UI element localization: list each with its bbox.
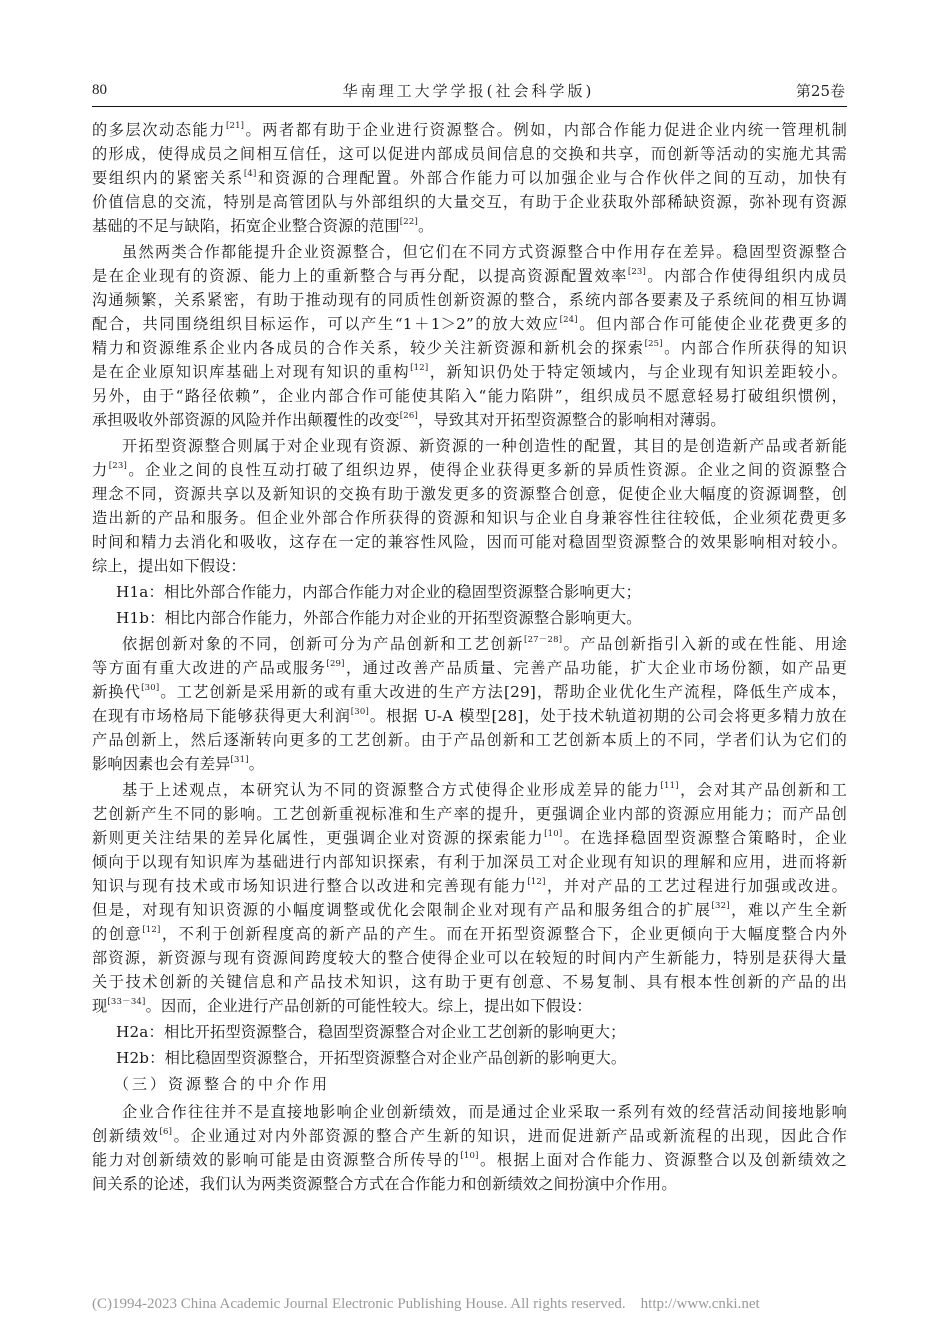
line-text: 另外，由于“路径依赖”，企业内部合作可能使其陷入“能力陷阱”，组织成员不愿意轻易…	[92, 387, 847, 405]
line-text: 价值信息的交流，特别是高管团队与外部组织的大量交互，有助于企业获取外部稀缺资源，…	[92, 193, 847, 211]
cnki-link[interactable]: http://www.cnki.net	[641, 1296, 760, 1312]
line-text: 现	[92, 997, 107, 1015]
line-text: 创新绩效	[92, 1127, 160, 1145]
copyright-text: (C)1994-2023 China Academic Journal Elec…	[92, 1296, 626, 1312]
line-text-rest: 。产品创新指引入新的或在性能、用途	[562, 635, 847, 653]
citation-ref: [30]	[141, 683, 159, 693]
text-line: 承担吸收外部资源的风险并作出颠覆性的改变[26]，导致其对开拓型资源整合的影响相…	[92, 408, 847, 432]
text-line: 企业合作往往并不是直接地影响企业创新绩效，而是通过企业采取一系列有效的经营活动间…	[92, 1100, 847, 1124]
text-line: 产品创新上，然后逐渐转向更多的工艺创新。由于产品创新和工艺创新本质上的不同，学者…	[92, 728, 847, 752]
line-text: 要组织内的紧密关系	[92, 169, 244, 187]
citation-ref: [23]	[109, 461, 127, 471]
text-line: 理念不同，资源共享以及新知识的交换有助于激发更多的资源整合创意，促使企业大幅度的…	[92, 482, 847, 506]
line-text: 间关系的论述，我们认为两类资源整合方式在合作能力和创新绩效之间扮演中介作用。	[92, 1175, 677, 1193]
line-text-rest: ，并对产品的工艺过程进行加强或改进。	[546, 877, 847, 895]
line-text-rest: 。企业之间的良性互动打破了组织边界，使得企业获得更多新的异质性资源。企业之间的资…	[127, 461, 847, 479]
text-line: 知识与现有技术或市场知识进行整合以改进和完善现有能力[12]，并对产品的工艺过程…	[92, 874, 847, 898]
line-text-rest: 和资源的合理配置。外部合作能力可以加强企业与合作伙伴之间的互动，加快有	[256, 169, 847, 187]
line-text: 艺创新产生不同的影响。工艺创新重视标准和生产率的提升，更强调企业内部的资源应用能…	[92, 805, 847, 823]
line-text: 在现有市场格局下能够获得更大利润	[92, 707, 351, 725]
line-text: H2b：相比稳固型资源整合，开拓型资源整合对企业产品创新的影响更大。	[116, 1049, 626, 1067]
text-line: 依据创新对象的不同，创新可分为产品创新和工艺创新[27－28]。产品创新指引入新…	[92, 632, 847, 656]
line-text: H1b：相比内部合作能力，外部合作能力对企业的开拓型资源整合影响更大。	[116, 609, 642, 627]
text-line: 配合，共同围绕组织目标运作，可以产生“1＋1＞2”的放大效应[24]。但内部合作…	[92, 312, 847, 336]
line-text: 开拓型资源整合则属于对企业现有资源、新资源的一种创造性的配置，其目的是创造新产品…	[122, 437, 847, 455]
citation-ref: [12]	[410, 363, 428, 373]
line-text-rest: ，不利于创新程度高的新产品的产生。而在开拓型资源整合下，企业更倾向于大幅度整合内…	[160, 925, 847, 943]
text-line: 时间和精力去消化和吸收，这存在一定的兼容性风险，因而可能对稳固型资源整合的效果影…	[92, 530, 847, 554]
line-text: 倾向于以现有知识库为基础进行内部知识探索，有利于加深员工对企业现有知识的理解和应…	[92, 853, 847, 871]
citation-ref: [12]	[527, 877, 545, 887]
text-line: 要组织内的紧密关系[4]和资源的合理配置。外部合作能力可以加强企业与合作伙伴之间…	[92, 166, 847, 190]
citation-ref: [33－34]	[107, 997, 145, 1007]
line-text: 是在企业现有的资源、能力上的重新整合与再分配，以提高资源配置效率	[92, 267, 628, 285]
line-text: 的创意	[92, 925, 142, 943]
line-text: 能力对创新绩效的影响可能是由资源整合所传导的	[92, 1151, 460, 1169]
line-text: 的多层次动态能力	[92, 121, 226, 139]
line-text: 依据创新对象的不同，创新可分为产品创新和工艺创新	[122, 635, 524, 653]
line-text-rest: 。根据 U-A 模型[28]，处于技术轨道初期的公司会将更多精力放在	[369, 707, 847, 725]
section-heading: （三）资源整合的中介作用	[92, 1072, 847, 1096]
text-line: 新换代[30]。工艺创新是采用新的或有重大改进的生产方法[29]，帮助企业优化生…	[92, 680, 847, 704]
citation-ref: [6]	[160, 1127, 173, 1137]
line-text: 承担吸收外部资源的风险并作出颠覆性的改变	[92, 411, 400, 429]
citation-ref: [4]	[244, 169, 257, 179]
text-line: 的形成，使得成员之间相互信任，这可以促进内部成员间信息的交换和共享，而创新等活动…	[92, 142, 847, 166]
text-line: 力[23]。企业之间的良性互动打破了组织边界，使得企业获得更多新的异质性资源。企…	[92, 458, 847, 482]
line-text: 基于上述观点，本研究认为不同的资源整合方式使得企业形成差异的能力	[122, 781, 660, 799]
journal-title: 华南理工大学学报(社会科学版)	[92, 80, 845, 101]
journal-page: 80 华南理工大学学报(社会科学版) 第25卷 的多层次动态能力[21]。两者都…	[0, 0, 950, 1344]
citation-ref: [31]	[231, 755, 249, 765]
text-line: 新则更关注结果的差异化属性，更强调企业对资源的探索能力[10]。在选择稳固型资源…	[92, 826, 847, 850]
text-line: 另外，由于“路径依赖”，企业内部合作可能使其陷入“能力陷阱”，组织成员不愿意轻易…	[92, 384, 847, 408]
text-line: 间关系的论述，我们认为两类资源整合方式在合作能力和创新绩效之间扮演中介作用。	[92, 1172, 847, 1196]
line-text-rest: 。根据上面对合作能力、资源整合以及创新绩效之	[479, 1151, 847, 1169]
citation-ref: [23]	[628, 267, 646, 277]
line-text-rest: 。因而，企业进行产品创新的可能性较大。综上，提出如下假设：	[146, 997, 592, 1015]
text-line: 价值信息的交流，特别是高管团队与外部组织的大量交互，有助于企业获取外部稀缺资源，…	[92, 190, 847, 214]
line-text-rest: ，新知识仍处于特定领域内，与企业现有知识差距较小。	[428, 363, 847, 381]
line-text-rest: 。	[249, 755, 264, 773]
line-text-rest: ，会对其产品创新和工	[679, 781, 847, 799]
text-line: 但是，对现有知识资源的小幅度调整或优化会限制企业对现有产品和服务组合的扩展[32…	[92, 898, 847, 922]
line-text: 部资源，新资源与现有资源间跨度较大的整合使得企业可以在较短的时间内产生新能力，特…	[92, 949, 847, 967]
text-line: 是在企业现有的资源、能力上的重新整合与再分配，以提高资源配置效率[23]。内部合…	[92, 264, 847, 288]
text-line: 倾向于以现有知识库为基础进行内部知识探索，有利于加深员工对企业现有知识的理解和应…	[92, 850, 847, 874]
citation-ref: [10]	[544, 829, 562, 839]
citation-ref: [21]	[226, 121, 244, 131]
text-line: 现[33－34]。因而，企业进行产品创新的可能性较大。综上，提出如下假设：	[92, 994, 847, 1018]
text-line: 造出新的产品和服务。但企业外部合作所获得的资源和知识与企业自身兼容性往往较低，企…	[92, 506, 847, 530]
text-line: 艺创新产生不同的影响。工艺创新重视标准和生产率的提升，更强调企业内部的资源应用能…	[92, 802, 847, 826]
line-text: 造出新的产品和服务。但企业外部合作所获得的资源和知识与企业自身兼容性往往较低，企…	[92, 509, 847, 527]
line-text: 新换代	[92, 683, 141, 701]
citation-ref: [30]	[351, 707, 369, 717]
line-text: 是在企业原知识库基础上对现有知识的重构	[92, 363, 410, 381]
line-text: 影响因素也会有差异	[92, 755, 231, 773]
line-text: 知识与现有技术或市场知识进行整合以改进和完善现有能力	[92, 877, 527, 895]
hypothesis-line: H1b：相比内部合作能力，外部合作能力对企业的开拓型资源整合影响更大。	[92, 606, 847, 630]
text-line: 等方面有重大改进的产品或服务[29]，通过改善产品质量、完善产品功能，扩大企业市…	[92, 656, 847, 680]
text-line: 在现有市场格局下能够获得更大利润[30]。根据 U-A 模型[28]，处于技术轨…	[92, 704, 847, 728]
line-text: 虽然两类合作都能提升企业资源整合，但它们在不同方式资源整合中作用存在差异。稳固型…	[122, 243, 847, 261]
line-text: 时间和精力去消化和吸收，这存在一定的兼容性风险，因而可能对稳固型资源整合的效果影…	[92, 533, 847, 551]
text-line: 基于上述观点，本研究认为不同的资源整合方式使得企业形成差异的能力[11]，会对其…	[92, 778, 847, 802]
text-line: 的多层次动态能力[21]。两者都有助于企业进行资源整合。例如，内部合作能力促进企…	[92, 118, 847, 142]
line-text: H2a：相比开拓型资源整合，稳固型资源整合对企业工艺创新的影响更大；	[116, 1023, 626, 1041]
line-text: 精力和资源维系企业内各成员的合作关系，较少关注新资源和新机会的探索	[92, 339, 645, 357]
citation-ref: [26]	[400, 411, 418, 421]
line-text: 但是，对现有知识资源的小幅度调整或优化会限制企业对现有产品和服务组合的扩展	[92, 901, 712, 919]
line-text-rest: ，通过改善产品质量、完善产品功能，扩大企业市场份额，如产品更	[345, 659, 847, 677]
citation-ref: [11]	[660, 781, 678, 791]
line-text: （三）资源整合的中介作用	[114, 1075, 330, 1093]
text-line: 沟通频繁，关系紧密，有助于推动现有的同质性创新资源的整合，系统内部各要素及子系统…	[92, 288, 847, 312]
line-text: 关于技术创新的关键信息和产品技术知识，这有助于更有创意、不易复制、具有根本性创新…	[92, 973, 847, 991]
line-text-rest: 。工艺创新是采用新的或有重大改进的生产方法[29]，帮助企业优化生产流程，降低生…	[159, 683, 847, 701]
text-line: 是在企业原知识库基础上对现有知识的重构[12]，新知识仍处于特定领域内，与企业现…	[92, 360, 847, 384]
citation-ref: [25]	[645, 339, 663, 349]
citation-ref: [32]	[712, 901, 730, 911]
line-text: 新则更关注结果的差异化属性，更强调企业对资源的探索能力	[92, 829, 544, 847]
text-line: 部资源，新资源与现有资源间跨度较大的整合使得企业可以在较短的时间内产生新能力，特…	[92, 946, 847, 970]
hypothesis-line: H2a：相比开拓型资源整合，稳固型资源整合对企业工艺创新的影响更大；	[92, 1020, 847, 1044]
running-header: 80 华南理工大学学报(社会科学版) 第25卷	[92, 80, 845, 104]
line-text: 沟通频繁，关系紧密，有助于推动现有的同质性创新资源的整合，系统内部各要素及子系统…	[92, 291, 847, 309]
line-text-rest: 。但内部合作可能使企业花费更多的	[578, 315, 847, 333]
line-text: 理念不同，资源共享以及新知识的交换有助于激发更多的资源整合创意，促使企业大幅度的…	[92, 485, 847, 503]
line-text: 基础的不足与缺陷，拓宽企业整合资源的范围	[92, 217, 400, 235]
line-text-rest: 。	[418, 217, 433, 235]
text-line: 关于技术创新的关键信息和产品技术知识，这有助于更有创意、不易复制、具有根本性创新…	[92, 970, 847, 994]
line-text-rest: ，导致其对开拓型资源整合的影响相对薄弱。	[418, 411, 726, 429]
line-text: 产品创新上，然后逐渐转向更多的工艺创新。由于产品创新和工艺创新本质上的不同，学者…	[92, 731, 847, 749]
line-text: 的形成，使得成员之间相互信任，这可以促进内部成员间信息的交换和共享，而创新等活动…	[92, 145, 847, 163]
text-line: 基础的不足与缺陷，拓宽企业整合资源的范围[22]。	[92, 214, 847, 238]
text-line: 创新绩效[6]。企业通过对内外部资源的整合产生新的知识，进而促进新产品或新流程的…	[92, 1124, 847, 1148]
line-text-rest: 。企业通过对内外部资源的整合产生新的知识，进而促进新产品或新流程的出现，因此合作	[172, 1127, 847, 1145]
line-text-rest: 。内部合作使得组织内成员	[646, 267, 847, 285]
line-text: 配合，共同围绕组织目标运作，可以产生“1＋1＞2”的放大效应	[92, 315, 560, 333]
line-text: 综上，提出如下假设：	[92, 557, 246, 575]
citation-ref: [12]	[142, 925, 160, 935]
citation-ref: [24]	[560, 315, 578, 325]
volume-label: 第25卷	[796, 80, 845, 101]
line-text: 等方面有重大改进的产品或服务	[92, 659, 326, 677]
text-line: 综上，提出如下假设：	[92, 554, 847, 578]
line-text: 企业合作往往并不是直接地影响企业创新绩效，而是通过企业采取一系列有效的经营活动间…	[122, 1103, 847, 1121]
copyright-footer: (C)1994-2023 China Academic Journal Elec…	[92, 1296, 760, 1313]
line-text-rest: 。两者都有助于企业进行资源整合。例如，内部合作能力促进企业内统一管理机制	[244, 121, 847, 139]
line-text-rest: 。内部合作所获得的知识	[663, 339, 847, 357]
citation-ref: [29]	[326, 659, 344, 669]
line-text-rest: 。在选择稳固型资源整合策略时，企业	[562, 829, 847, 847]
text-line: 能力对创新绩效的影响可能是由资源整合所传导的[10]。根据上面对合作能力、资源整…	[92, 1148, 847, 1172]
citation-ref: [27－28]	[524, 635, 562, 645]
text-line: 精力和资源维系企业内各成员的合作关系，较少关注新资源和新机会的探索[25]。内部…	[92, 336, 847, 360]
line-text: H1a：相比外部合作能力，内部合作能力对企业的稳固型资源整合影响更大；	[116, 583, 641, 601]
text-line: 虽然两类合作都能提升企业资源整合，但它们在不同方式资源整合中作用存在差异。稳固型…	[92, 240, 847, 264]
line-text-rest: ，难以产生全新	[730, 901, 847, 919]
citation-ref: [22]	[400, 217, 418, 227]
line-text: 力	[92, 461, 109, 479]
hypothesis-line: H1a：相比外部合作能力，内部合作能力对企业的稳固型资源整合影响更大；	[92, 580, 847, 604]
text-line: 影响因素也会有差异[31]。	[92, 752, 847, 776]
text-line: 的创意[12]，不利于创新程度高的新产品的产生。而在开拓型资源整合下，企业更倾向…	[92, 922, 847, 946]
hypothesis-line: H2b：相比稳固型资源整合，开拓型资源整合对企业产品创新的影响更大。	[92, 1046, 847, 1070]
citation-ref: [10]	[460, 1151, 478, 1161]
header-rule	[92, 106, 847, 107]
text-line: 开拓型资源整合则属于对企业现有资源、新资源的一种创造性的配置，其目的是创造新产品…	[92, 434, 847, 458]
